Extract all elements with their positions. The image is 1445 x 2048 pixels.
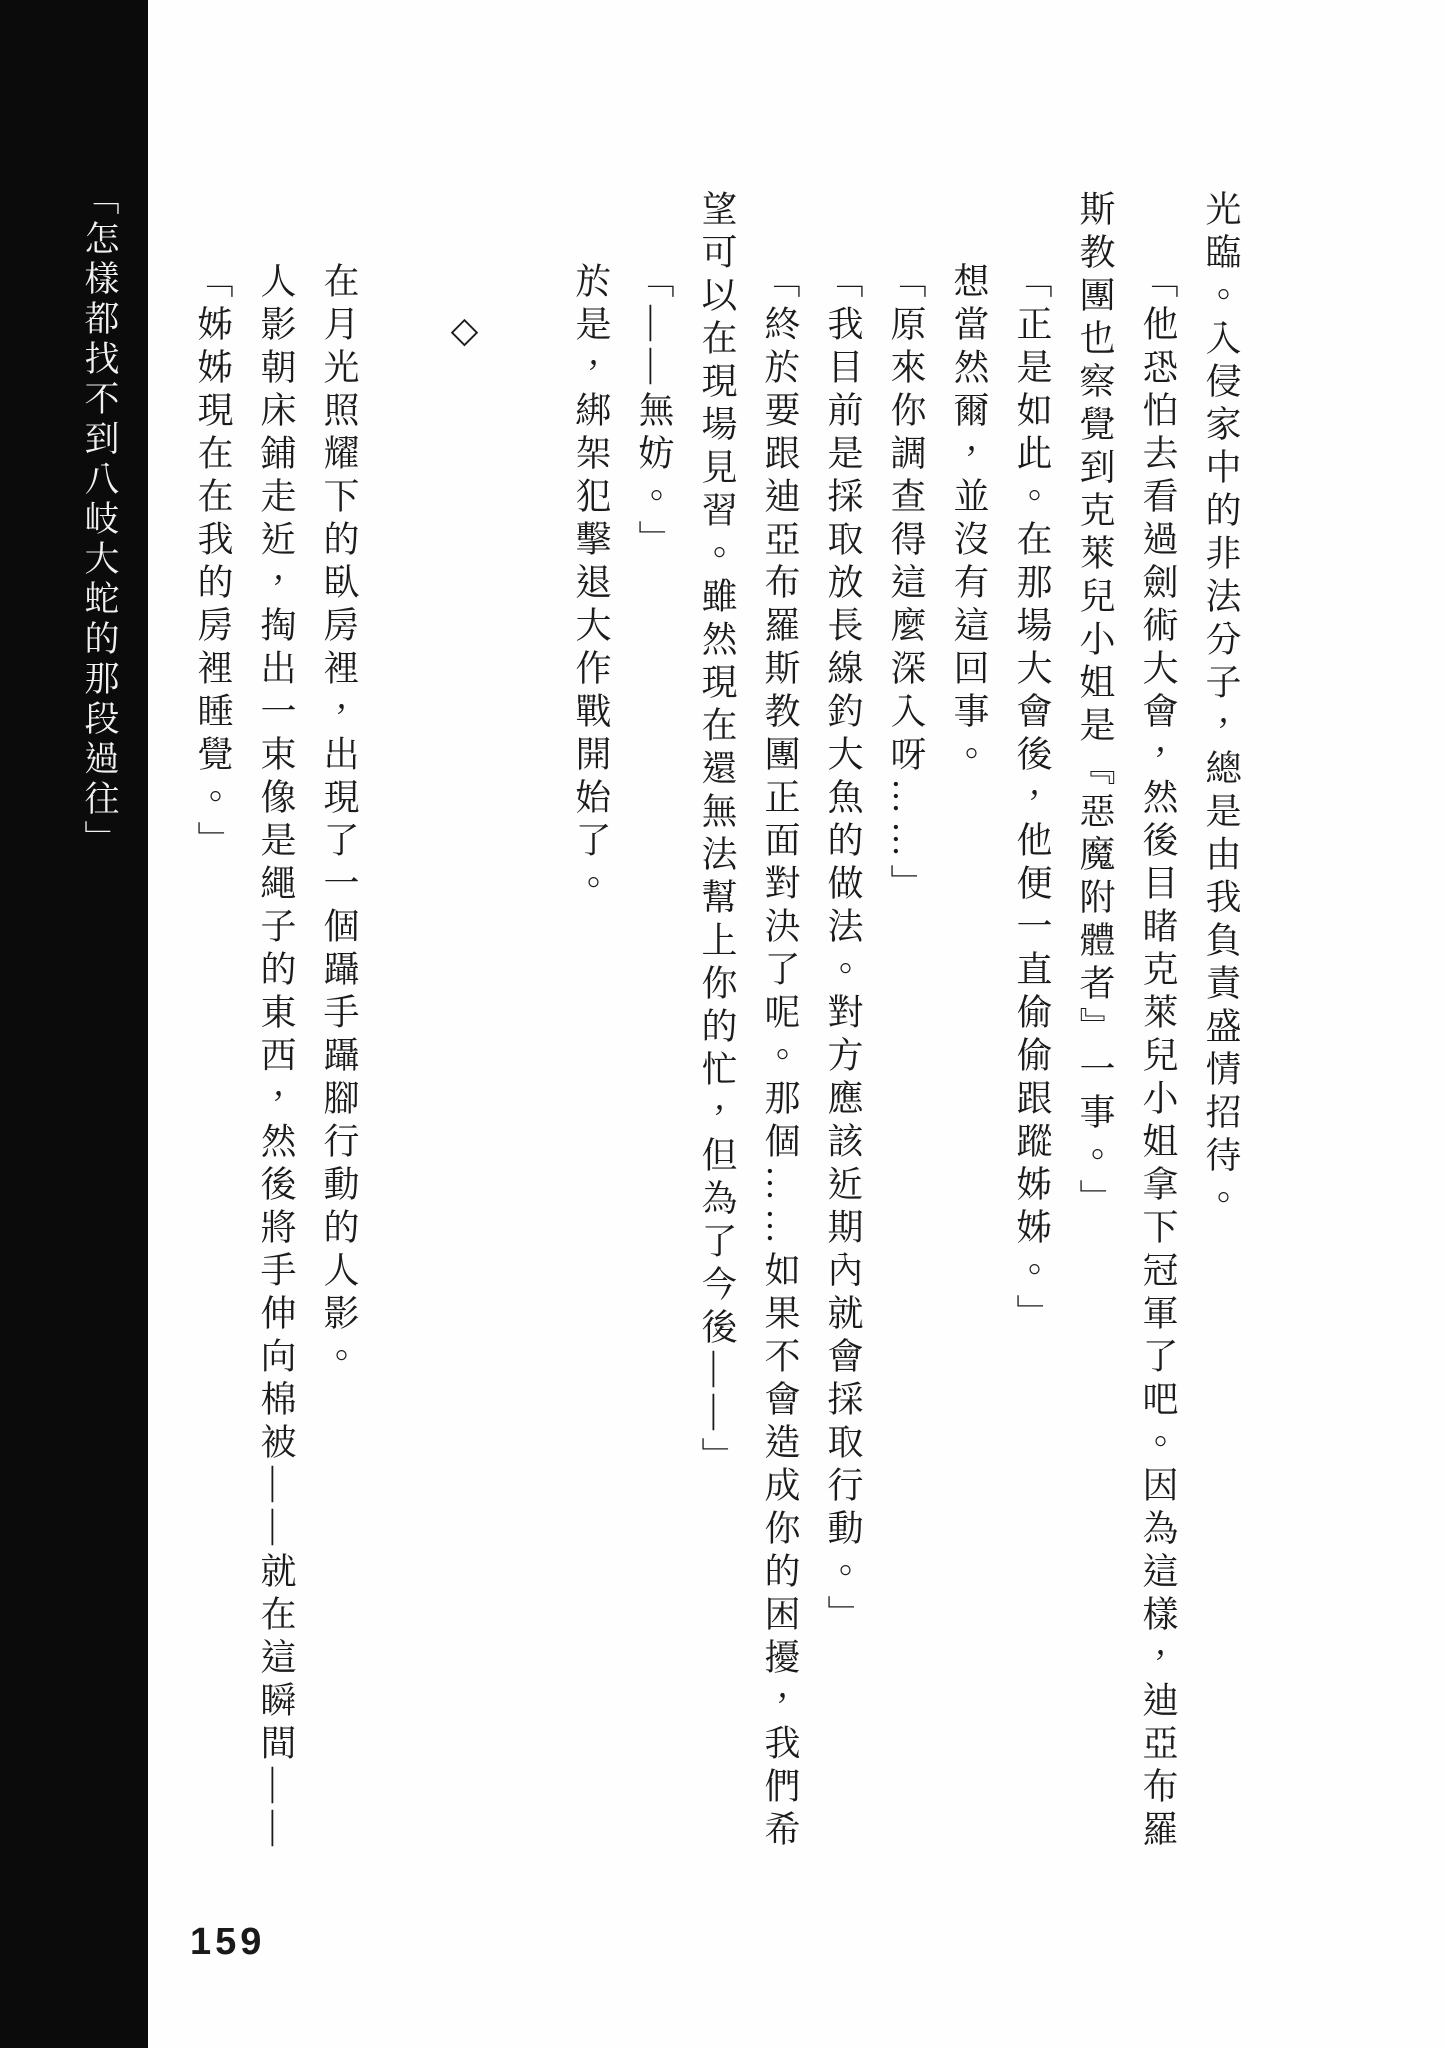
paragraph: 想當然爾，並沒有這回事。 — [937, 190, 1000, 1870]
paragraph: 光臨。入侵家中的非法分子，總是由我負責盛情招待。 — [1189, 190, 1252, 1870]
chapter-title: 「怎樣都找不到八岐大蛇的那段過往」 — [81, 180, 117, 860]
paragraph: 「姊姊現在在我的房裡睡覺。」 — [181, 190, 244, 1870]
page-body-text: 光臨。入侵家中的非法分子，總是由我負責盛情招待。 「他恐怕去看過劍術大會，然後目… — [181, 190, 1252, 1870]
paragraph: 「我目前是採取放長線釣大魚的做法。對方應該近期內就會採取行動。」 — [811, 190, 874, 1870]
paragraph: 「原來你調查得這麼深入呀……」 — [874, 190, 937, 1870]
paragraph: 「他恐怕去看過劍術大會，然後目睹克萊兒小姐拿下冠軍了吧。因為這樣，迪亞布羅斯教團… — [1063, 190, 1189, 1870]
chapter-spine-banner: 「怎樣都找不到八岐大蛇的那段過往」 — [0, 0, 148, 2048]
page-number: 159 — [190, 1921, 265, 1964]
paragraph: 「——無妨。」 — [622, 190, 685, 1870]
paragraph: 在月光照耀下的臥房裡，出現了一個躡手躡腳行動的人影。 — [307, 190, 370, 1870]
paragraph: 「正是如此。在那場大會後，他便一直偷偷跟蹤姊姊。」 — [1000, 190, 1063, 1870]
paragraph: 人影朝床鋪走近，掏出一束像是繩子的東西，然後將手伸向棉被——就在這瞬間—— — [244, 190, 307, 1870]
section-divider: ◇ — [433, 190, 496, 1870]
novel-page: 「怎樣都找不到八岐大蛇的那段過往」 光臨。入侵家中的非法分子，總是由我負責盛情招… — [0, 0, 1445, 2048]
paragraph: 於是，綁架犯擊退大作戰開始了。 — [559, 190, 622, 1870]
paragraph: 「終於要跟迪亞布羅斯教團正面對決了呢。那個……如果不會造成你的困擾，我們希望可以… — [685, 190, 811, 1870]
